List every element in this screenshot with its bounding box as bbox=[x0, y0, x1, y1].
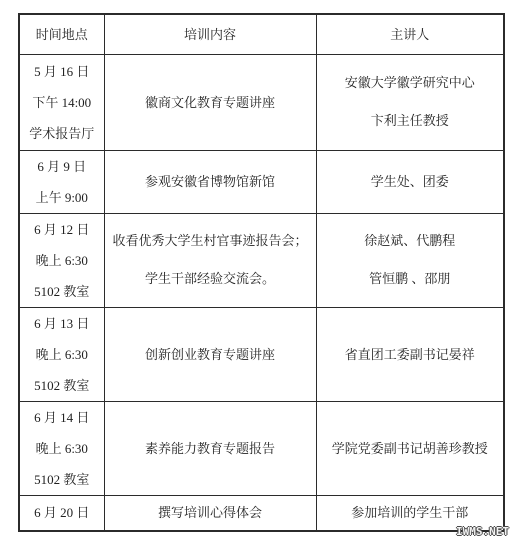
cell-time: 6 月 20 日 bbox=[19, 495, 104, 531]
cell-time: 5 月 16 日 下午 14:00 学术报告厅 bbox=[19, 54, 104, 150]
content-line: 徽商文化教育专题讲座 bbox=[107, 87, 314, 118]
cell-content: 参观安徽省博物馆新馆 bbox=[104, 150, 316, 213]
speaker-line: 参加培训的学生干部 bbox=[319, 497, 502, 528]
table-row: 6 月 12 日 晚上 6:30 5102 教室 收看优秀大学生村官事迹报告会；… bbox=[19, 213, 504, 307]
table-row: 6 月 20 日 撰写培训心得体会 参加培训的学生干部 bbox=[19, 495, 504, 531]
column-header-speaker: 主讲人 bbox=[316, 14, 504, 54]
column-header-time-location: 时间地点 bbox=[19, 14, 104, 54]
speaker-line: 学生处、团委 bbox=[319, 166, 502, 197]
document-page: 时间地点 培训内容 主讲人 5 月 16 日 下午 14:00 学术报告厅 徽商… bbox=[0, 0, 528, 544]
cell-speaker: 学院党委副书记胡善珍教授 bbox=[316, 401, 504, 495]
time-line: 6 月 12 日 bbox=[22, 214, 102, 245]
time-line: 5102 教室 bbox=[22, 370, 102, 401]
cell-content: 徽商文化教育专题讲座 bbox=[104, 54, 316, 150]
time-line: 上午 9:00 bbox=[22, 182, 102, 213]
header-label: 主讲人 bbox=[319, 19, 502, 50]
cell-content: 创新创业教育专题讲座 bbox=[104, 307, 316, 401]
column-header-training-content: 培训内容 bbox=[104, 14, 316, 54]
cell-speaker: 徐赵斌、代鹏程 管恒鹏 、邵朋 bbox=[316, 213, 504, 307]
speaker-line: 管恒鹏 、邵朋 bbox=[319, 260, 502, 298]
header-label: 时间地点 bbox=[22, 19, 102, 50]
time-line: 5102 教室 bbox=[22, 276, 102, 307]
cell-content: 撰写培训心得体会 bbox=[104, 495, 316, 531]
cell-time: 6 月 9 日 上午 9:00 bbox=[19, 150, 104, 213]
time-line: 下午 14:00 bbox=[22, 87, 102, 118]
time-line: 6 月 14 日 bbox=[22, 402, 102, 433]
content-line: 素养能力教育专题报告 bbox=[107, 433, 314, 464]
cell-time: 6 月 14 日 晚上 6:30 5102 教室 bbox=[19, 401, 104, 495]
time-line: 5102 教室 bbox=[22, 464, 102, 495]
cell-speaker: 学生处、团委 bbox=[316, 150, 504, 213]
time-line: 晚上 6:30 bbox=[22, 433, 102, 464]
cell-time: 6 月 12 日 晚上 6:30 5102 教室 bbox=[19, 213, 104, 307]
header-label: 培训内容 bbox=[107, 19, 314, 50]
table-row: 5 月 16 日 下午 14:00 学术报告厅 徽商文化教育专题讲座 安徽大学徽… bbox=[19, 54, 504, 150]
cell-content: 素养能力教育专题报告 bbox=[104, 401, 316, 495]
cell-speaker: 安徽大学徽学研究中心 卞利主任教授 bbox=[316, 54, 504, 150]
table-row: 6 月 13 日 晚上 6:30 5102 教室 创新创业教育专题讲座 省直团工… bbox=[19, 307, 504, 401]
speaker-line: 安徽大学徽学研究中心 bbox=[319, 64, 502, 102]
cell-content: 收看优秀大学生村官事迹报告会； 学生干部经验交流会。 bbox=[104, 213, 316, 307]
content-line: 收看优秀大学生村官事迹报告会； bbox=[107, 222, 314, 260]
content-line: 撰写培训心得体会 bbox=[107, 497, 314, 528]
time-line: 晚上 6:30 bbox=[22, 339, 102, 370]
content-line: 创新创业教育专题讲座 bbox=[107, 339, 314, 370]
time-line: 6 月 20 日 bbox=[22, 497, 102, 528]
cell-time: 6 月 13 日 晚上 6:30 5102 教室 bbox=[19, 307, 104, 401]
cell-speaker: 省直团工委副书记晏祥 bbox=[316, 307, 504, 401]
time-line: 晚上 6:30 bbox=[22, 245, 102, 276]
time-line: 6 月 13 日 bbox=[22, 308, 102, 339]
content-line: 学生干部经验交流会。 bbox=[107, 260, 314, 298]
header-row: 时间地点 培训内容 主讲人 bbox=[19, 14, 504, 54]
speaker-line: 徐赵斌、代鹏程 bbox=[319, 222, 502, 260]
time-line: 6 月 9 日 bbox=[22, 151, 102, 182]
speaker-line: 学院党委副书记胡善珍教授 bbox=[319, 433, 502, 464]
watermark: IWMS.NET bbox=[456, 525, 509, 538]
table-row: 6 月 9 日 上午 9:00 参观安徽省博物馆新馆 学生处、团委 bbox=[19, 150, 504, 213]
table-row: 6 月 14 日 晚上 6:30 5102 教室 素养能力教育专题报告 学院党委… bbox=[19, 401, 504, 495]
content-line: 参观安徽省博物馆新馆 bbox=[107, 166, 314, 197]
time-line: 学术报告厅 bbox=[22, 118, 102, 149]
training-schedule-table: 时间地点 培训内容 主讲人 5 月 16 日 下午 14:00 学术报告厅 徽商… bbox=[18, 13, 505, 532]
speaker-line: 省直团工委副书记晏祥 bbox=[319, 339, 502, 370]
time-line: 5 月 16 日 bbox=[22, 56, 102, 87]
speaker-line: 卞利主任教授 bbox=[319, 102, 502, 140]
